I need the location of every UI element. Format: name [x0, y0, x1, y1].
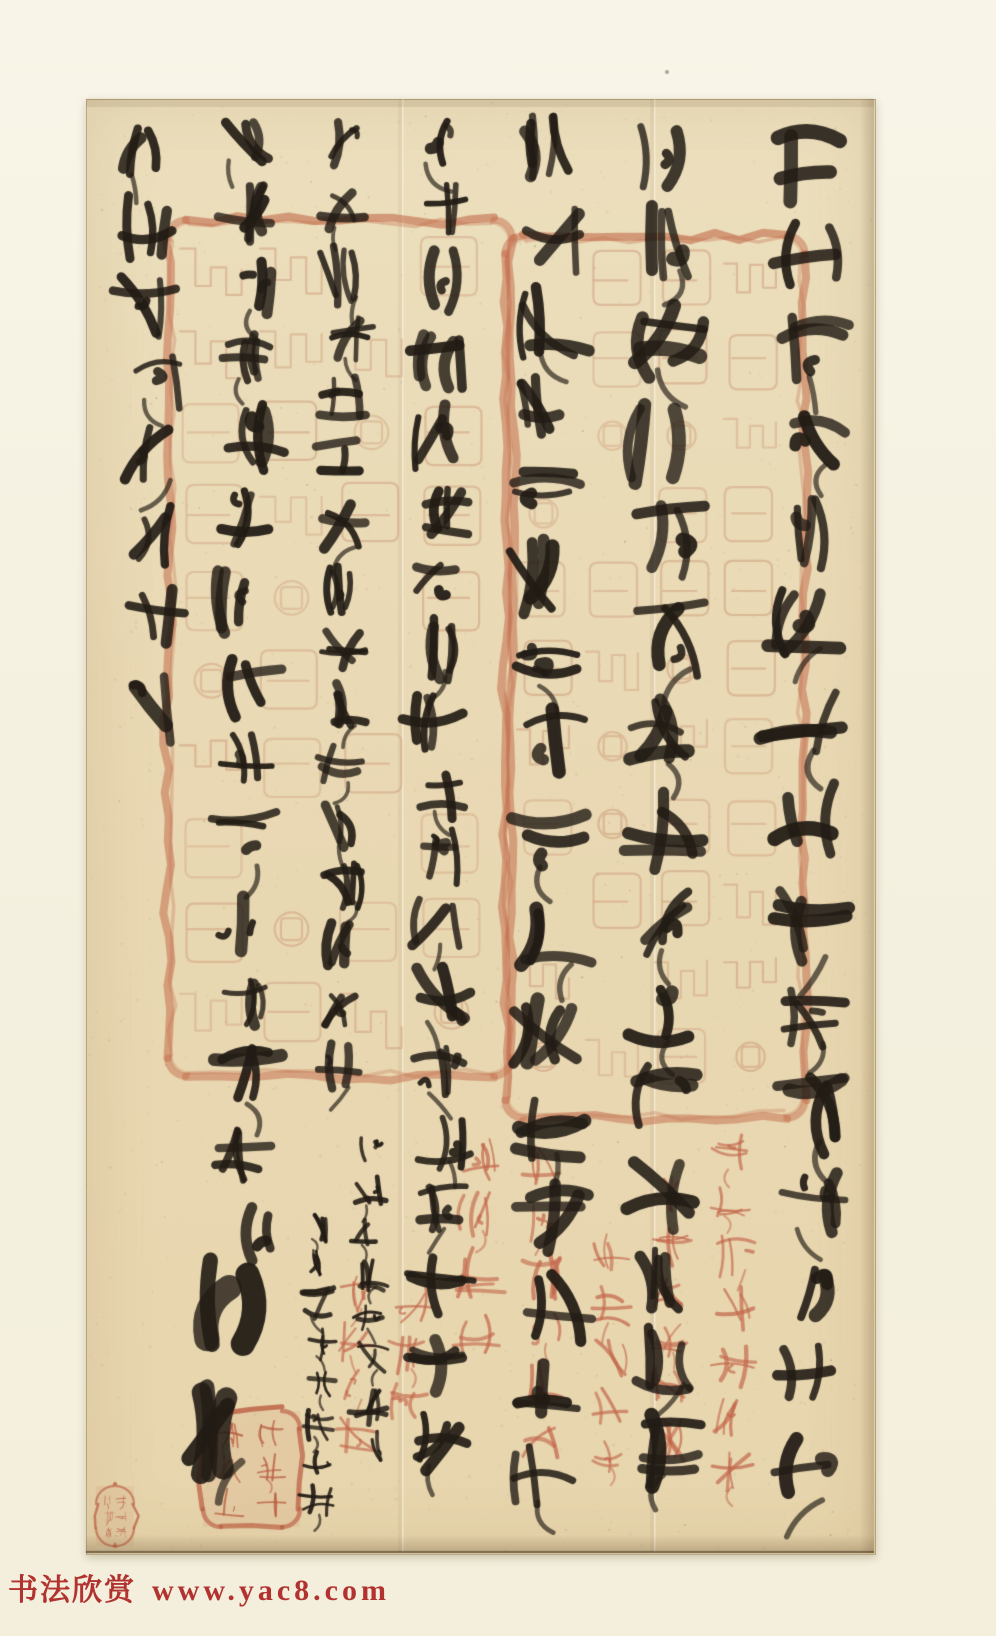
calligraphy-scan: 书法欣赏www.yac8.com [0, 0, 996, 1636]
watermark-site-url: www.yac8.com [152, 1574, 390, 1607]
watermark-site-name: 书法欣赏 [8, 1574, 136, 1607]
site-watermark: 书法欣赏www.yac8.com [8, 1574, 390, 1608]
calligraphy-render-canvas [0, 0, 996, 1636]
